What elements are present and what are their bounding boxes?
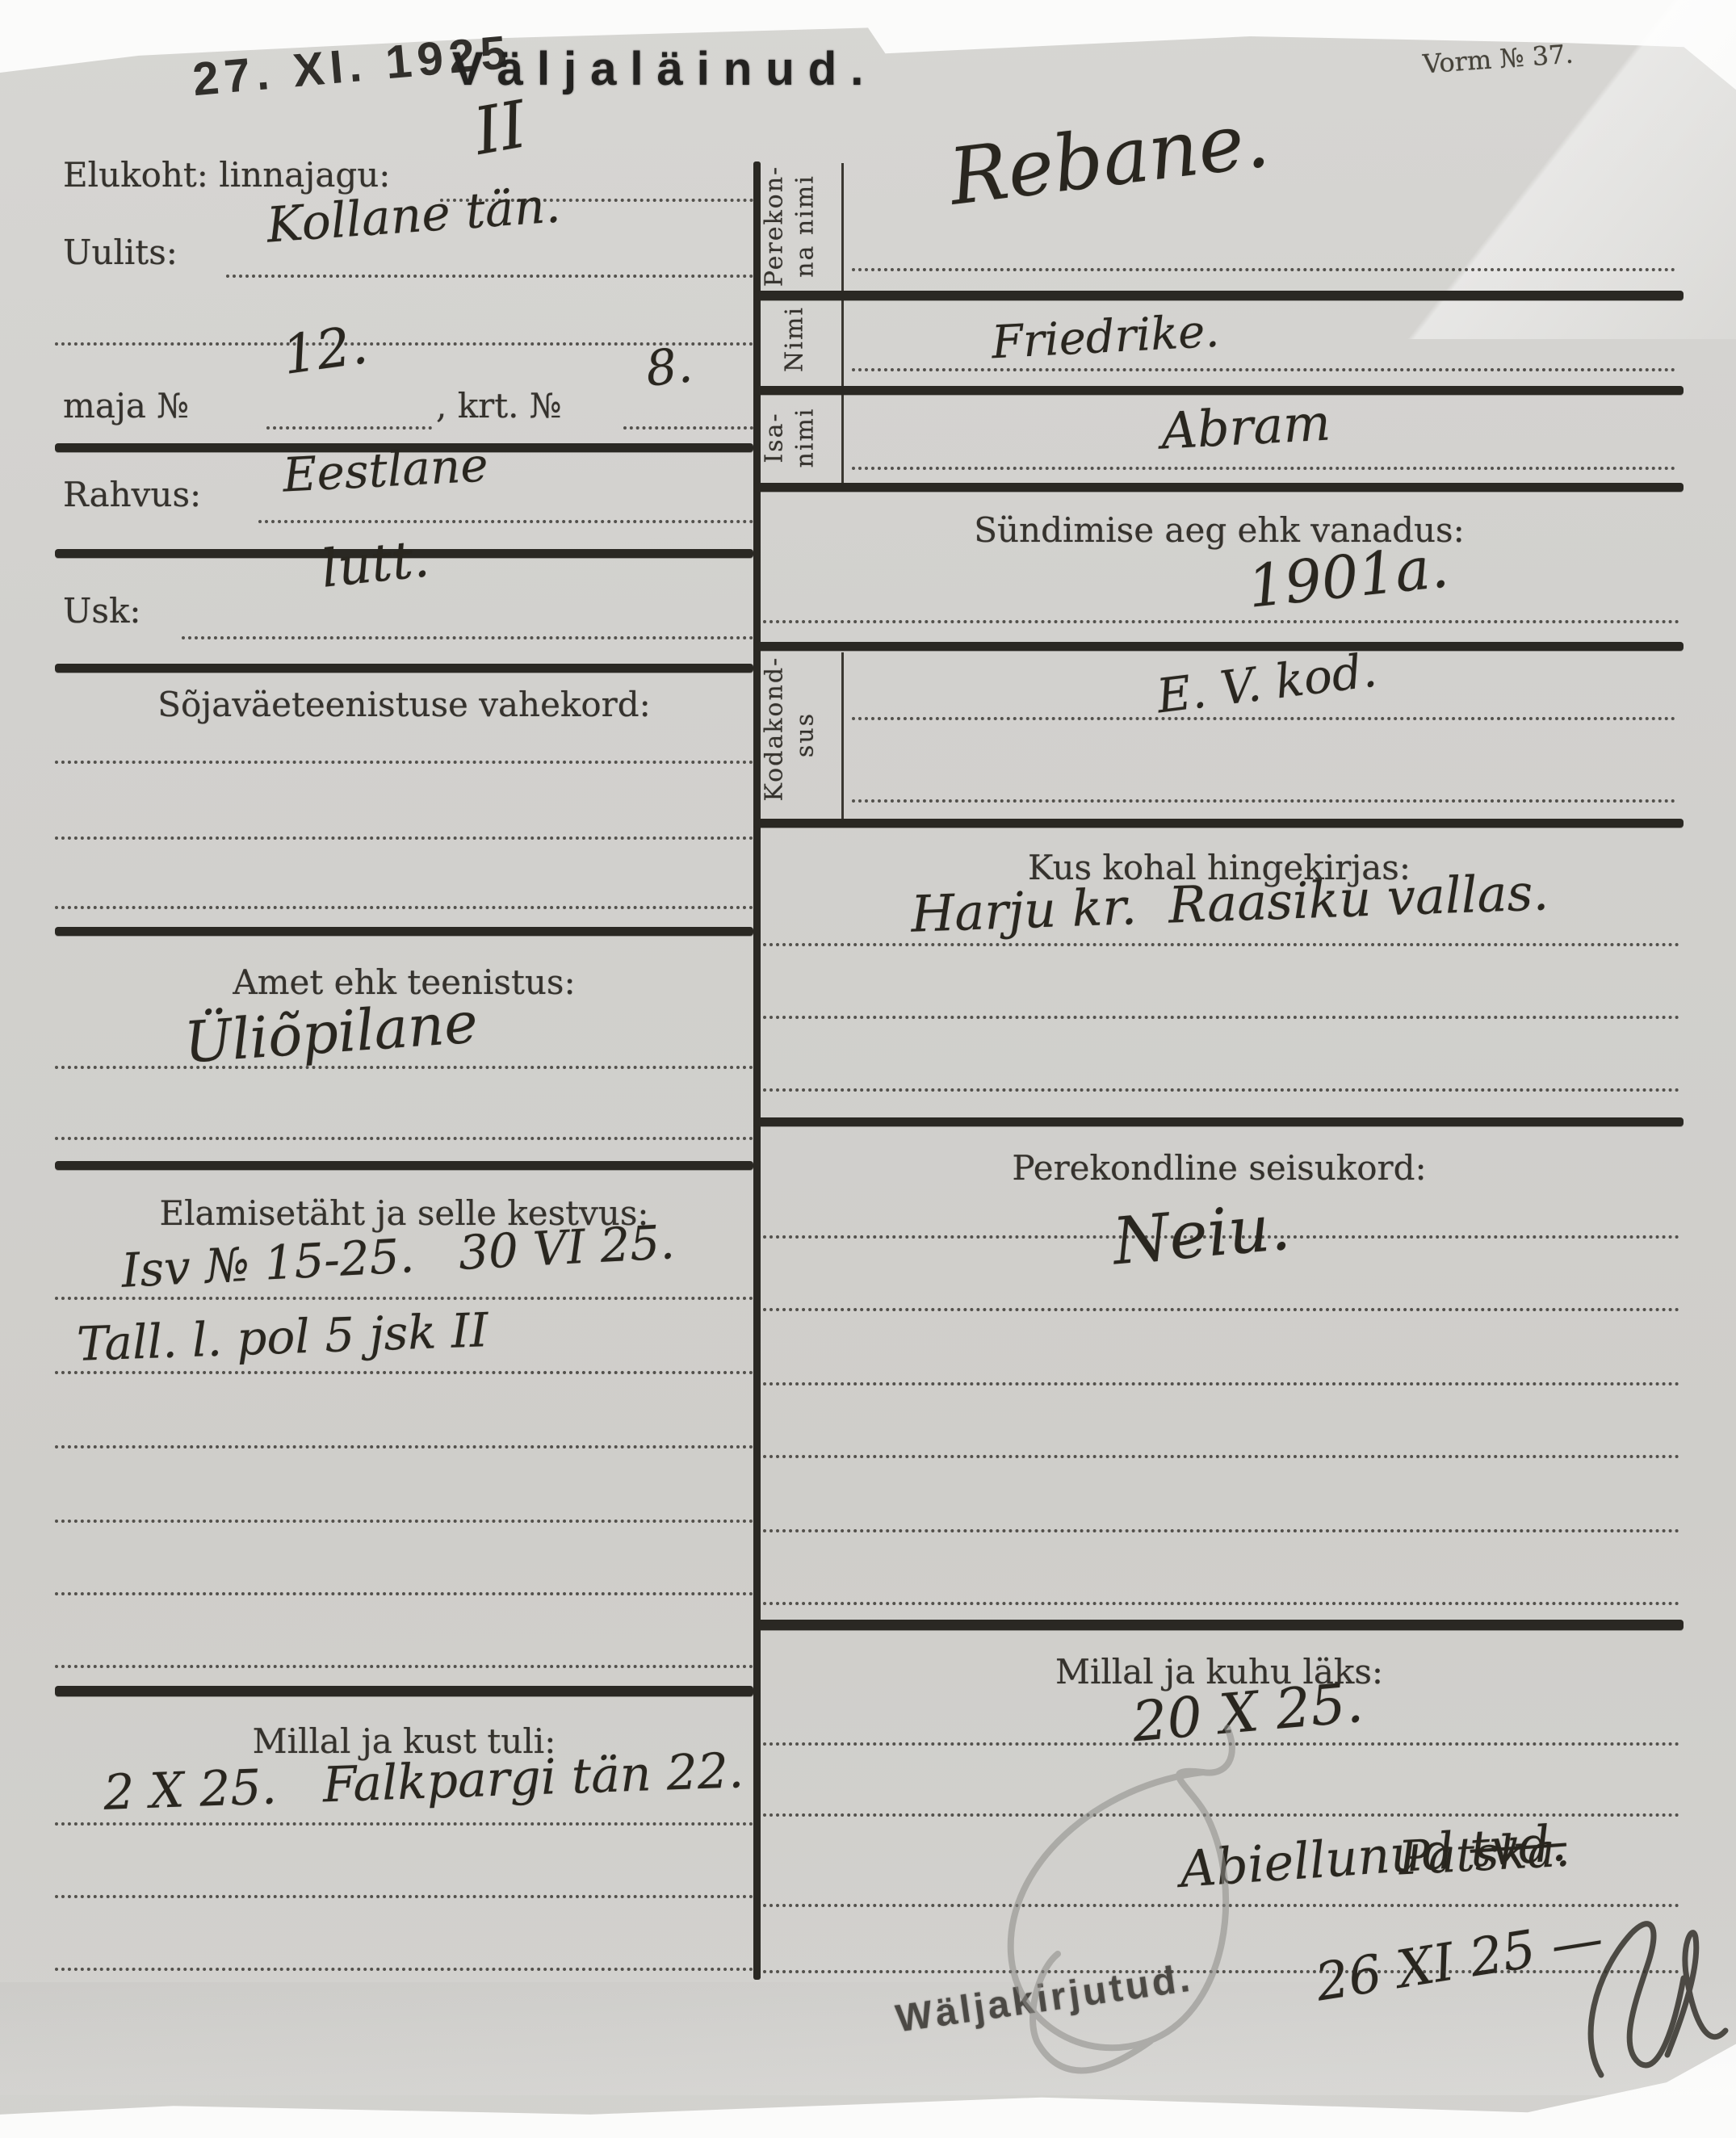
- dotted-line: [852, 368, 1675, 371]
- section-divider: [753, 291, 1684, 300]
- kodakondsus-label-line2: sus: [790, 669, 820, 802]
- dotted-line: [763, 1455, 1679, 1458]
- dotted-line: [55, 761, 753, 764]
- scanned-form-page: 27. XI. 1925 Väljaläinud. Vorm № 37. Elu…: [0, 0, 1736, 2138]
- sundimine-label: Sündimise aeg ehk vanadus:: [759, 510, 1679, 550]
- krt-value: 8.: [643, 337, 694, 398]
- label-gutter-line: [841, 163, 844, 484]
- dotted-line: [258, 520, 753, 523]
- pencil-scribble: [961, 1712, 1340, 2115]
- rahvus-label: Rahvus:: [63, 475, 201, 514]
- laks-note-2: Patska.: [1397, 1821, 1571, 1885]
- dotted-line: [623, 426, 753, 430]
- dotted-line: [852, 268, 1675, 271]
- dotted-line: [55, 836, 753, 840]
- dotted-line: [763, 1088, 1679, 1092]
- dotted-line: [55, 1665, 753, 1668]
- dotted-line: [763, 1529, 1679, 1532]
- dotted-line: [55, 1066, 753, 1069]
- maja-value: 12.: [279, 313, 371, 387]
- seisukord-value: Neiu.: [1109, 1189, 1293, 1280]
- section-divider: [753, 1620, 1684, 1630]
- dotted-line: [266, 426, 432, 430]
- section-divider: [55, 1161, 753, 1170]
- krt-label: , krt. №: [436, 386, 562, 426]
- section-divider: [55, 664, 753, 673]
- rahvus-value: Eestlane: [281, 437, 489, 502]
- section-divider: [753, 642, 1684, 651]
- dotted-line: [763, 1016, 1679, 1019]
- section-divider: [753, 386, 1684, 395]
- dotted-line: [55, 906, 753, 909]
- dotted-line: [55, 1520, 753, 1523]
- dotted-line: [852, 717, 1675, 720]
- uulits-label: Uulits:: [63, 233, 178, 272]
- dotted-line: [55, 1445, 753, 1448]
- elukoht-label: Elukoht: linnajagu:: [63, 155, 390, 195]
- dotted-line: [55, 1137, 753, 1140]
- section-divider: [753, 1117, 1684, 1126]
- seisukord-label: Perekondline seisukord:: [759, 1148, 1679, 1188]
- section-divider: [753, 483, 1684, 492]
- dotted-line: [55, 1592, 753, 1595]
- usk-label: Usk:: [63, 591, 141, 631]
- dotted-line: [182, 636, 753, 639]
- dotted-line: [226, 275, 753, 278]
- dotted-line: [55, 1895, 753, 1898]
- dotted-line: [55, 1968, 753, 1971]
- kodakondsus-label-line1: Kodakond-: [760, 669, 790, 802]
- sojavaeteenistus-label: Sõjaväeteenistuse vahekord:: [55, 685, 753, 724]
- dotted-line: [852, 799, 1675, 803]
- dotted-line: [55, 1297, 753, 1300]
- isanimi-value: Abram: [1159, 393, 1331, 461]
- dotted-line: [763, 620, 1679, 623]
- dotted-line: [763, 1602, 1679, 1605]
- paper-bottom-crease: [0, 1982, 1736, 2095]
- section-divider: [753, 819, 1684, 828]
- kodakondsus-label: Kodakond- sus: [760, 669, 841, 802]
- dotted-line: [763, 943, 1679, 946]
- section-divider: [55, 1686, 753, 1696]
- dotted-line: [763, 1308, 1679, 1311]
- signature: [1570, 1901, 1732, 2091]
- dotted-line: [852, 467, 1675, 470]
- usk-value: lutt.: [318, 529, 431, 600]
- dotted-line: [55, 1371, 753, 1374]
- section-divider: [55, 927, 753, 936]
- dotted-line: [55, 1822, 753, 1826]
- maja-label: maja №: [63, 386, 189, 426]
- dotted-line: [763, 1382, 1679, 1386]
- label-gutter-line: [841, 652, 844, 820]
